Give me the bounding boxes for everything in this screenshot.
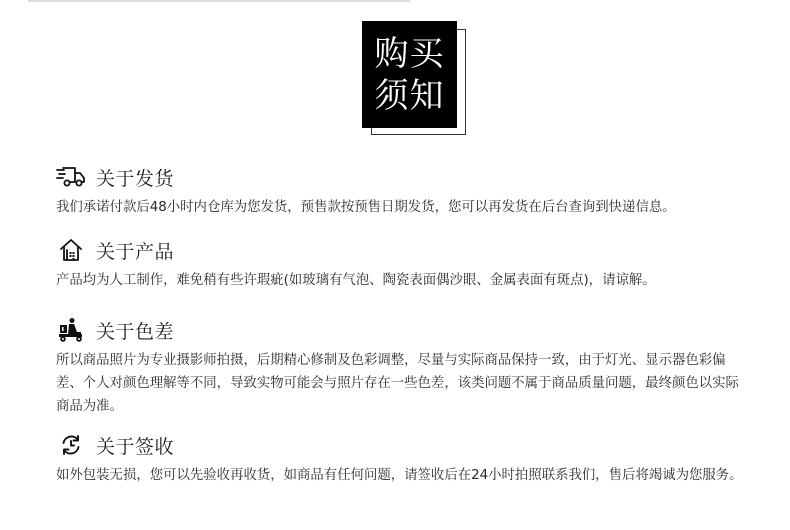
title-line-2: 须知 — [375, 75, 445, 117]
house-icon — [56, 237, 86, 263]
delivery-truck-icon — [56, 164, 86, 190]
section-header: 关于色差 — [56, 315, 756, 345]
section-heading: 关于发货 — [96, 164, 174, 191]
section-header: 关于产品 — [56, 235, 756, 265]
section-heading: 关于签收 — [96, 432, 174, 459]
title-line-1: 购买 — [375, 33, 445, 75]
section-shipping: 关于发货 我们承诺付款后48小时内仓库为您发货，预售款按预售日期发货，您可以再发… — [56, 162, 756, 219]
title-box: 购买 须知 — [362, 21, 457, 128]
section-text: 我们承诺付款后48小时内仓库为您发货，预售款按预售日期发货，您可以再发货在后台查… — [56, 196, 746, 219]
section-heading: 关于产品 — [96, 237, 174, 264]
top-divider — [28, 0, 410, 2]
section-text: 所以商品照片为专业摄影师拍摄，后期精心修制及色彩调整，尽量与实际商品保持一致，由… — [56, 349, 746, 418]
section-header: 关于签收 — [56, 430, 756, 460]
section-header: 关于发货 — [56, 162, 756, 192]
section-product: 关于产品 产品均为人工制作，难免稍有些许瑕疵(如玻璃有气泡、陶瓷表面偶沙眼、金属… — [56, 235, 756, 292]
section-color-difference: 关于色差 所以商品照片为专业摄影师拍摄，后期精心修制及色彩调整，尽量与实际商品保… — [56, 315, 756, 418]
refresh-cycle-icon — [56, 432, 86, 458]
section-text: 产品均为人工制作，难免稍有些许瑕疵(如玻璃有气泡、陶瓷表面偶沙眼、金属表面有斑点… — [56, 269, 746, 292]
delivery-scooter-icon — [56, 317, 86, 343]
section-text: 如外包装无损，您可以先验收再收货，如商品有任何问题，请签收后在24小时拍照联系我… — [56, 464, 746, 487]
section-heading: 关于色差 — [96, 317, 174, 344]
section-sign-receipt: 关于签收 如外包装无损，您可以先验收再收货，如商品有任何问题，请签收后在24小时… — [56, 430, 756, 487]
purchase-notice-title-block: 购买 须知 — [362, 21, 468, 137]
